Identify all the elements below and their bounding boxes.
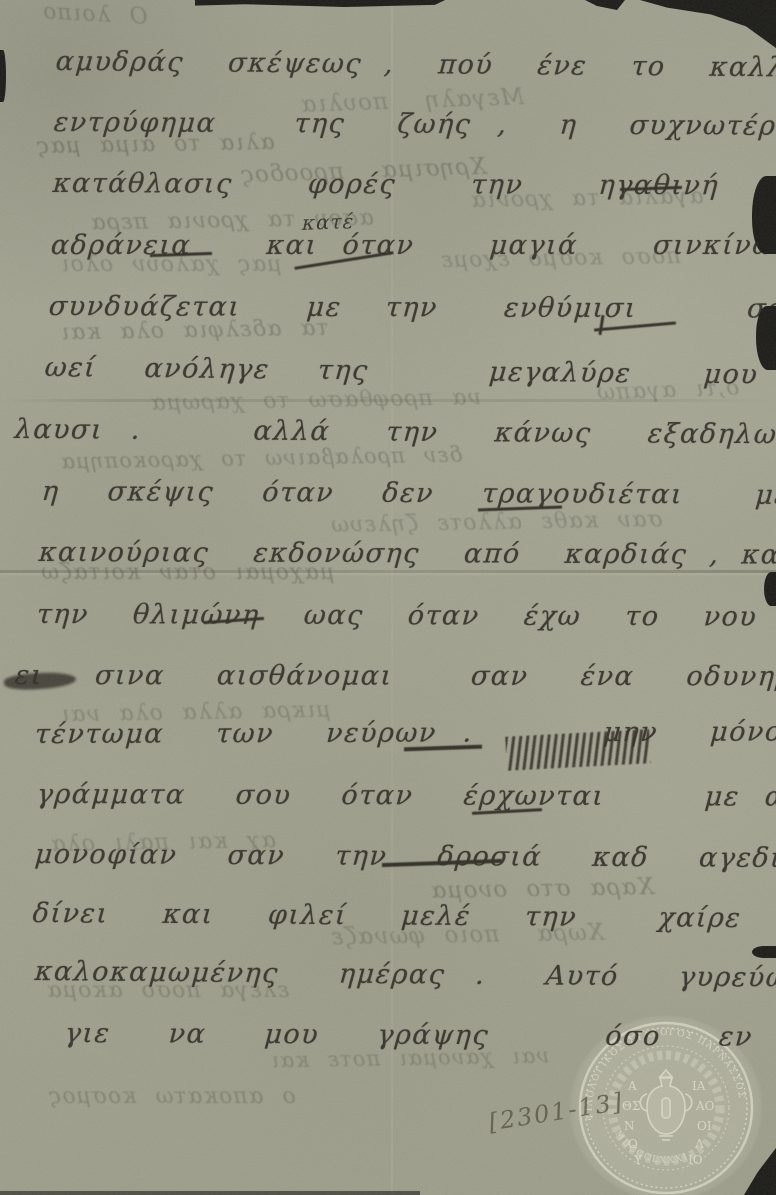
scan-edge-artifact bbox=[0, 50, 6, 102]
scanned-letter-page: Ο λοιπο Μεγαλη πουλια αλια το αιμα μας Χ… bbox=[0, 0, 776, 1195]
ghost-line: Χαρα στο ονομα bbox=[430, 874, 654, 904]
handwriting-line-13: γράμματα σου όταν έρχωνται με αην bbox=[36, 779, 776, 813]
svg-text:Ο: Ο bbox=[628, 1137, 638, 1151]
handwriting-line-8: η σκέψις όταν δεν τραγουδιέται με bbox=[41, 476, 776, 511]
handwriting-line-3: κατάθλασις φορές την ηγαθινή μου bbox=[52, 168, 776, 202]
scan-edge-artifact bbox=[756, 306, 776, 370]
handwriting-line-12: τέντωμα των νεύρων . μην μόνο τα bbox=[34, 716, 776, 750]
seal-date-roman: MDCCCLXXXI bbox=[613, 1129, 691, 1166]
handwriting-line-7: λαυσι . αλλά την κάνως εξαδηλωτη bbox=[14, 414, 776, 451]
svg-text:Α: Α bbox=[627, 1079, 637, 1093]
handwriting-line-15: δίνει και φιλεί μελέ την χαίρε της bbox=[32, 898, 776, 935]
scan-edge-artifact bbox=[752, 176, 776, 254]
svg-text:ΙΑ: ΙΑ bbox=[692, 1079, 706, 1093]
handwriting-line-10: την θλιμώνη ωας όταν έχω το νου μου bbox=[36, 599, 776, 633]
handwriting-line-9: καινούριας εκδονώσης από καρδιάς , και bbox=[38, 537, 776, 571]
handwriting-line-2: εντρύφημα της ζωής , η συχνωτέρη bbox=[53, 107, 776, 142]
scan-edge-artifact bbox=[764, 572, 776, 606]
ghost-line: ο αποκατω κοσμος bbox=[48, 1084, 296, 1109]
inserted-word: κατέ bbox=[302, 209, 355, 235]
handwriting-line-14: μονοφίαν σαν την δροσιά καδ αγεδικ bbox=[34, 839, 776, 874]
scan-edge-artifact bbox=[0, 1191, 420, 1195]
svg-text:ΟΙ: ΟΙ bbox=[697, 1119, 712, 1133]
seal-amphora-icon bbox=[640, 1070, 692, 1140]
svg-text:Ν: Ν bbox=[624, 1119, 635, 1133]
svg-text:ΑΟ: ΑΟ bbox=[695, 1099, 715, 1113]
handwriting-line-11: ει σινα αισθάνομαι σαν ένα οδυνηρό bbox=[14, 660, 776, 692]
handwriting-line-5: συνδυάζεται με την ενθύμισι σαν εδε bbox=[48, 291, 776, 325]
svg-text:ΙΟ: ΙΟ bbox=[688, 1153, 703, 1167]
handwriting-line-16: καλοκαμωμένης ημέρας . Αυτό γυρεύω bbox=[34, 956, 776, 994]
svg-text:Υ: Υ bbox=[633, 1153, 643, 1167]
handwriting-line-17: γιε να μου γράψης όσο εν γνωλιό bbox=[64, 1018, 776, 1053]
scan-edge-artifact bbox=[752, 946, 776, 958]
svg-text:Λ: Λ bbox=[694, 1137, 704, 1151]
